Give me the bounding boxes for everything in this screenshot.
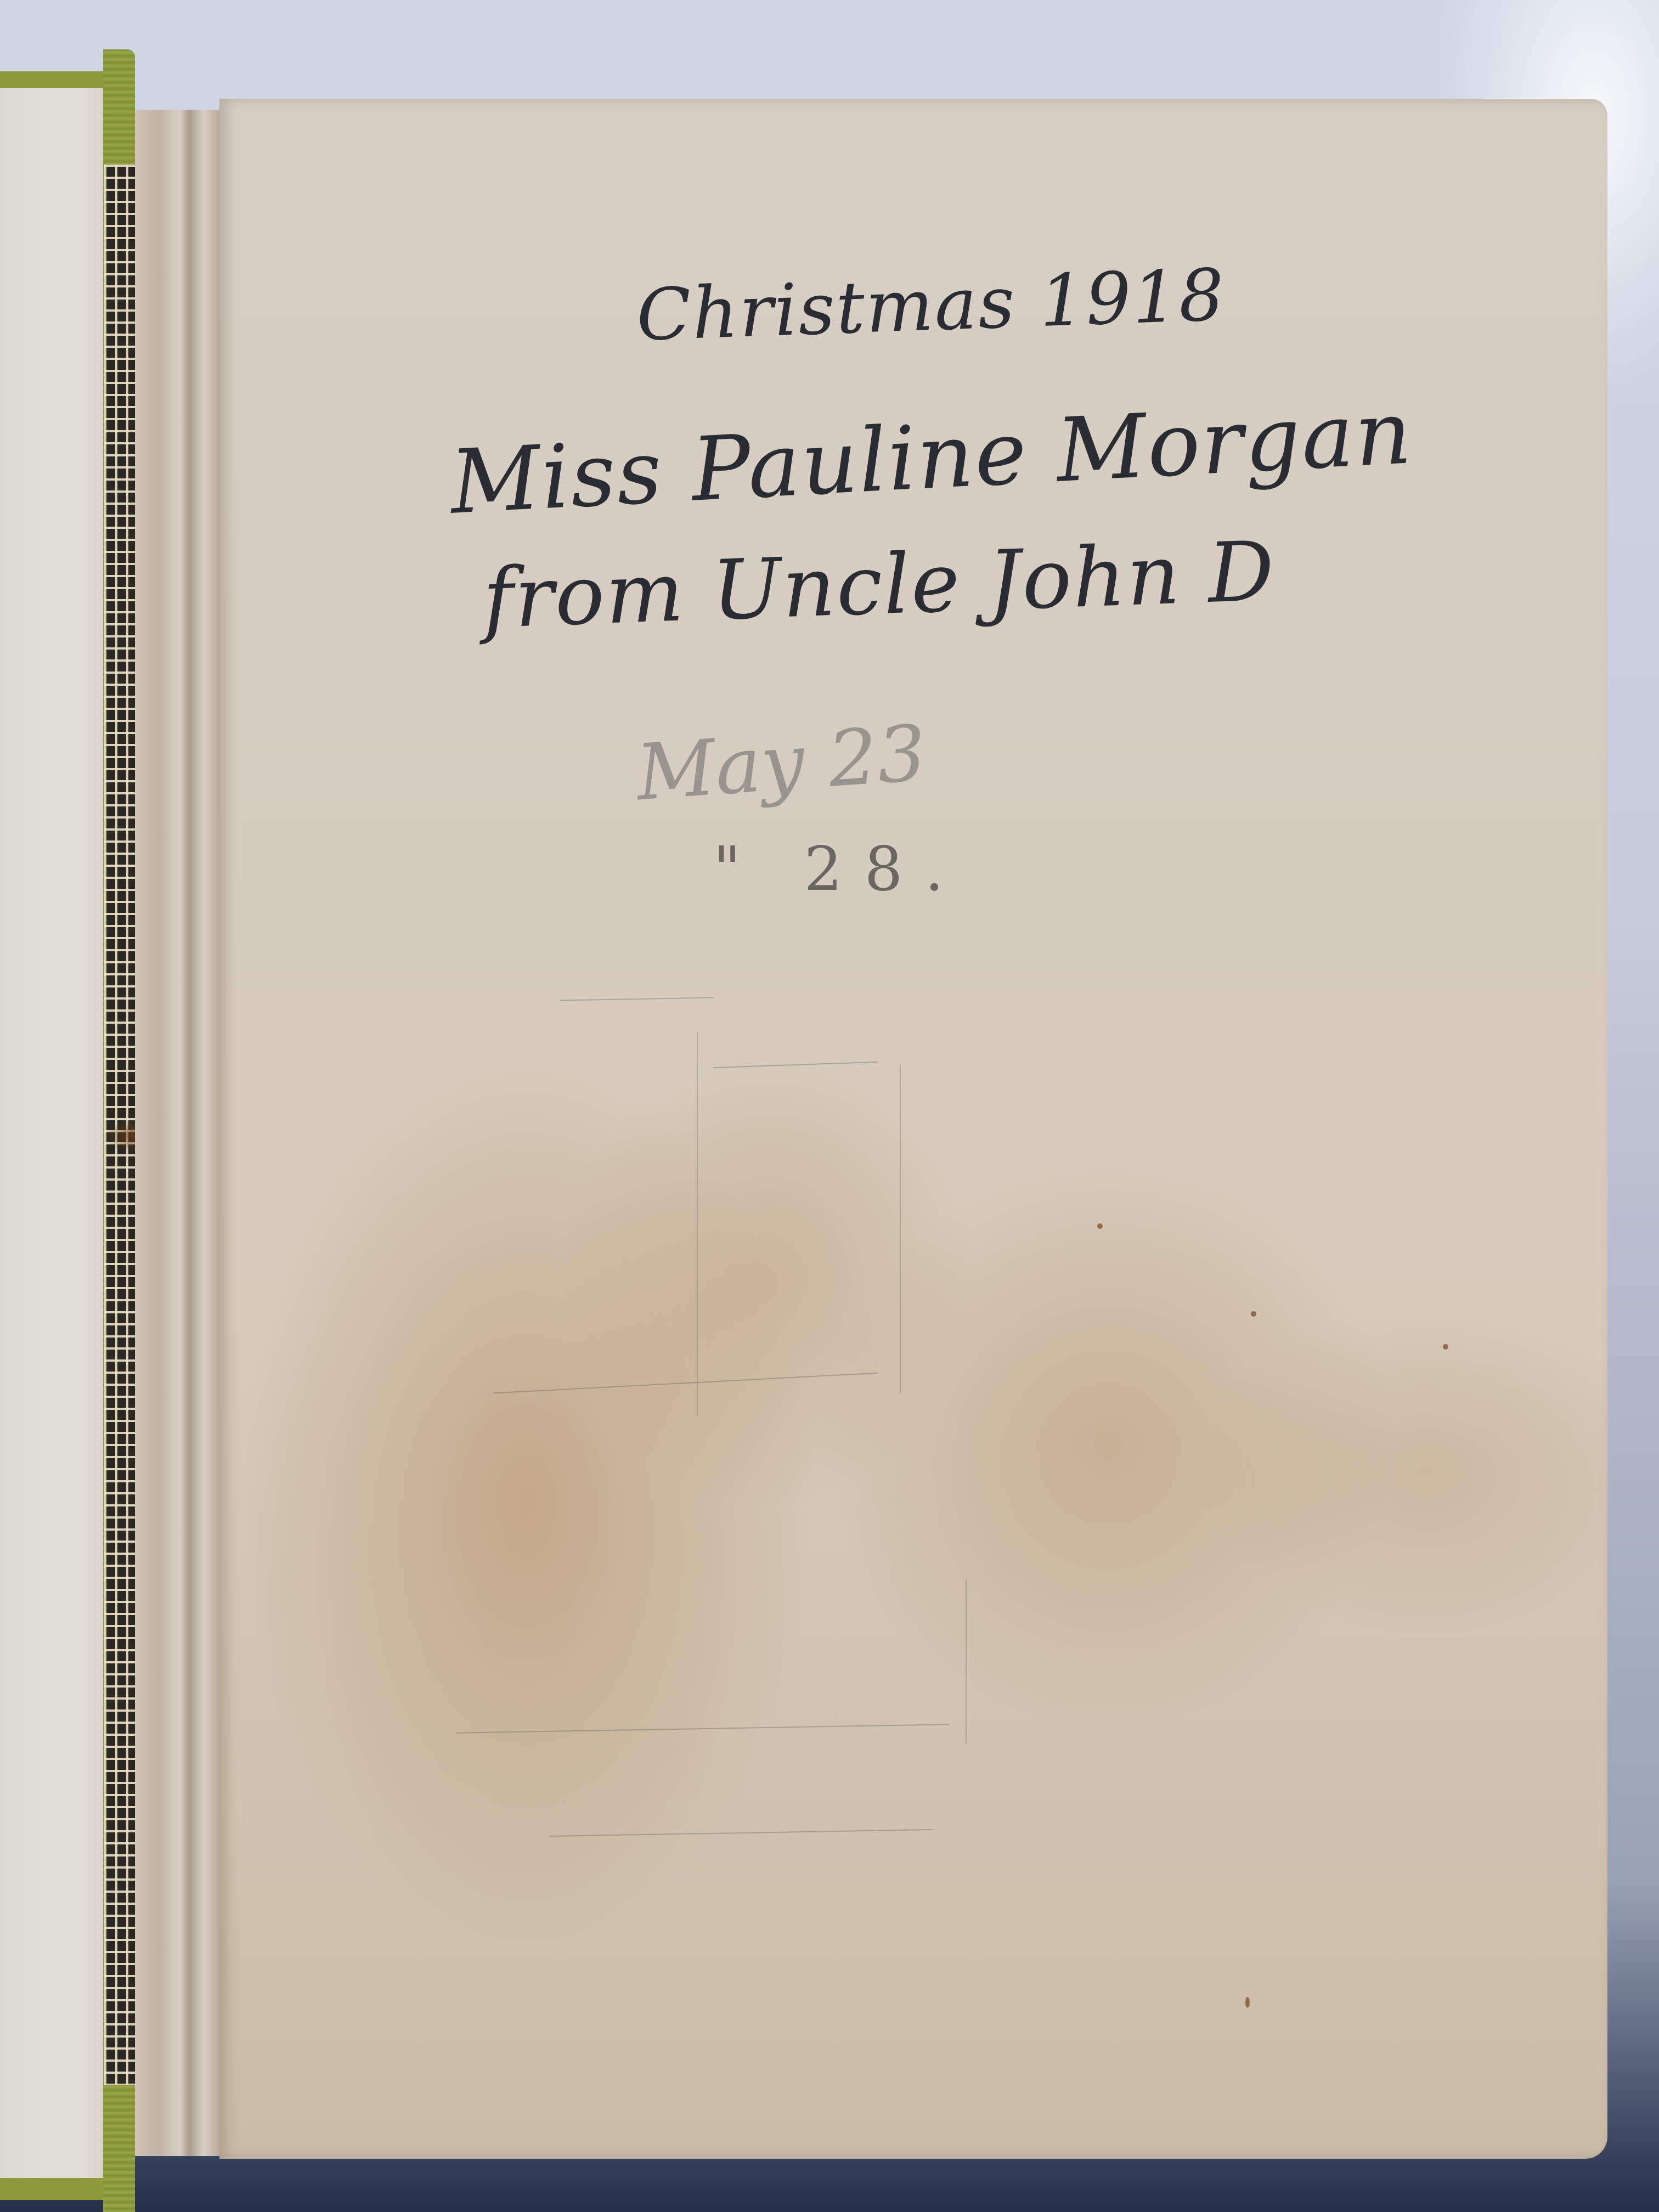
foxing-speck <box>1097 1223 1103 1229</box>
sketch-line <box>966 1580 967 1745</box>
inscription-line-3: from Uncle John D <box>481 524 1277 647</box>
pencil-note-line-1: May 23 <box>634 709 929 818</box>
inscription-line-2: Miss Pauline Morgan <box>448 381 1415 534</box>
flyleaf-page: Christmas 1918 Miss Pauline Morgan from … <box>219 99 1607 2159</box>
inscription-line-1: Christmas 1918 <box>635 253 1227 357</box>
sketch-line <box>900 1064 901 1393</box>
sketch-line <box>455 1724 949 1734</box>
left-flyleaf <box>0 71 112 2194</box>
foxing-speck <box>1251 1311 1256 1317</box>
foxing-speck <box>1245 1997 1250 2008</box>
sketch-line <box>549 1829 933 1837</box>
sketch-line <box>494 1373 877 1394</box>
sketch-line <box>560 997 713 1001</box>
foxing-speck <box>1443 1344 1448 1350</box>
page-gutter <box>135 110 234 2156</box>
sketch-line <box>713 1062 878 1068</box>
pencil-note-line-2: " 28. <box>713 834 966 904</box>
sketch-line <box>697 1031 698 1415</box>
